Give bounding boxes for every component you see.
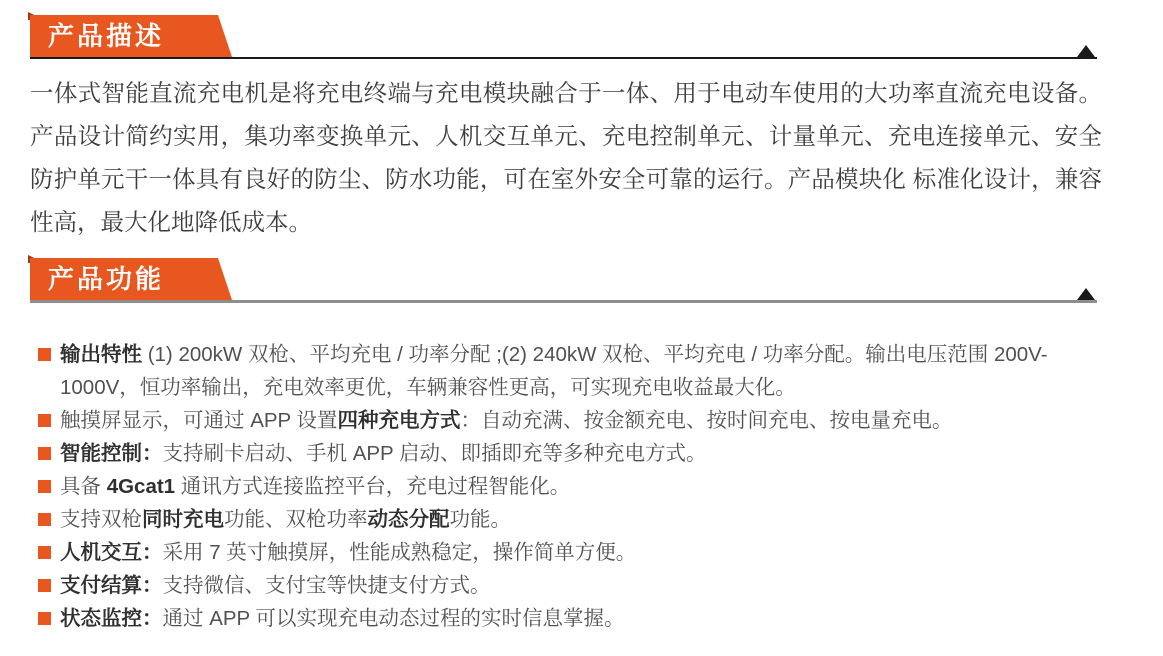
feature-text-bold: 人机交互： <box>60 541 163 564</box>
bullet-square-icon <box>38 612 51 625</box>
feature-text: 支持刷卡启动、手机 APP 启动、即插即充等多种充电方式。 <box>163 442 707 465</box>
bullet-square-icon <box>38 480 51 493</box>
feature-text: 功能。 <box>450 508 512 531</box>
feature-text-bold: 动态分配 <box>368 508 450 531</box>
feature-text: 通过 APP 可以实现充电动态过程的实时信息掌握。 <box>163 607 625 630</box>
feature-list-item: 支付结算：支持微信、支付宝等快捷支付方式。 <box>38 569 1108 602</box>
feature-text: (1) 200kW 双枪、平均充电 / 功率分配 ;(2) 240kW 双枪、平… <box>60 343 1048 399</box>
description-section-banner: 产品描述 <box>30 15 232 57</box>
bullet-square-icon <box>38 546 51 559</box>
feature-text: 具备 <box>60 475 107 498</box>
feature-list-item: 智能控制：支持刷卡启动、手机 APP 启动、即插即充等多种充电方式。 <box>38 437 1108 470</box>
feature-text: 通讯方式连接监控平台，充电过程智能化。 <box>181 475 571 498</box>
features-section-divider <box>30 300 1097 303</box>
feature-list: 输出特性 (1) 200kW 双枪、平均充电 / 功率分配 ;(2) 240kW… <box>38 338 1108 635</box>
product-sheet-page: 产品描述 一体式智能直流充电机是将充电终端与充电模块融合于一体、用于电动车使用的… <box>0 0 1163 656</box>
feature-text: 触摸屏显示，可通过 APP 设置 <box>60 409 338 432</box>
feature-text-bold: 4Gcat1 <box>107 475 181 498</box>
bullet-square-icon <box>38 447 51 460</box>
feature-list-item: 具备 4Gcat1 通讯方式连接监控平台，充电过程智能化。 <box>38 470 1108 503</box>
triangle-up-icon <box>1077 288 1095 300</box>
feature-text: 支持微信、支付宝等快捷支付方式。 <box>163 574 491 597</box>
features-section-banner: 产品功能 <box>30 258 232 300</box>
feature-text-bold: 智能控制： <box>60 442 163 465</box>
feature-list-item: 触摸屏显示，可通过 APP 设置四种充电方式：自动充满、按金额充电、按时间充电、… <box>38 404 1108 437</box>
features-section-title: 产品功能 <box>48 264 164 294</box>
bullet-square-icon <box>38 513 51 526</box>
feature-text-bold: 同时充电 <box>142 508 224 531</box>
triangle-up-icon <box>1077 45 1095 57</box>
feature-text: ：自动充满、按金额充电、按时间充电、按电量充电。 <box>461 409 953 432</box>
bullet-square-icon <box>38 348 51 361</box>
feature-list-item: 状态监控：通过 APP 可以实现充电动态过程的实时信息掌握。 <box>38 602 1108 635</box>
feature-list-item: 输出特性 (1) 200kW 双枪、平均充电 / 功率分配 ;(2) 240kW… <box>38 338 1108 404</box>
feature-list-item: 支持双枪同时充电功能、双枪功率动态分配功能。 <box>38 503 1108 536</box>
description-section-title: 产品描述 <box>48 21 164 51</box>
feature-text: 采用 7 英寸触摸屏，性能成熟稳定，操作简单方便。 <box>163 541 637 564</box>
feature-text: 支持双枪 <box>60 508 142 531</box>
feature-text-bold: 输出特性 <box>60 343 148 366</box>
feature-text-bold: 支付结算： <box>60 574 163 597</box>
feature-text-bold: 状态监控： <box>60 607 163 630</box>
feature-list-item: 人机交互：采用 7 英寸触摸屏，性能成熟稳定，操作简单方便。 <box>38 536 1108 569</box>
bullet-square-icon <box>38 579 51 592</box>
bullet-square-icon <box>38 414 51 427</box>
description-paragraph: 一体式智能直流充电机是将充电终端与充电模块融合于一体、用于电动车使用的大功率直流… <box>30 72 1102 244</box>
feature-text: 功能、双枪功率 <box>224 508 368 531</box>
description-section-divider <box>30 57 1097 59</box>
feature-text-bold: 四种充电方式 <box>338 409 461 432</box>
